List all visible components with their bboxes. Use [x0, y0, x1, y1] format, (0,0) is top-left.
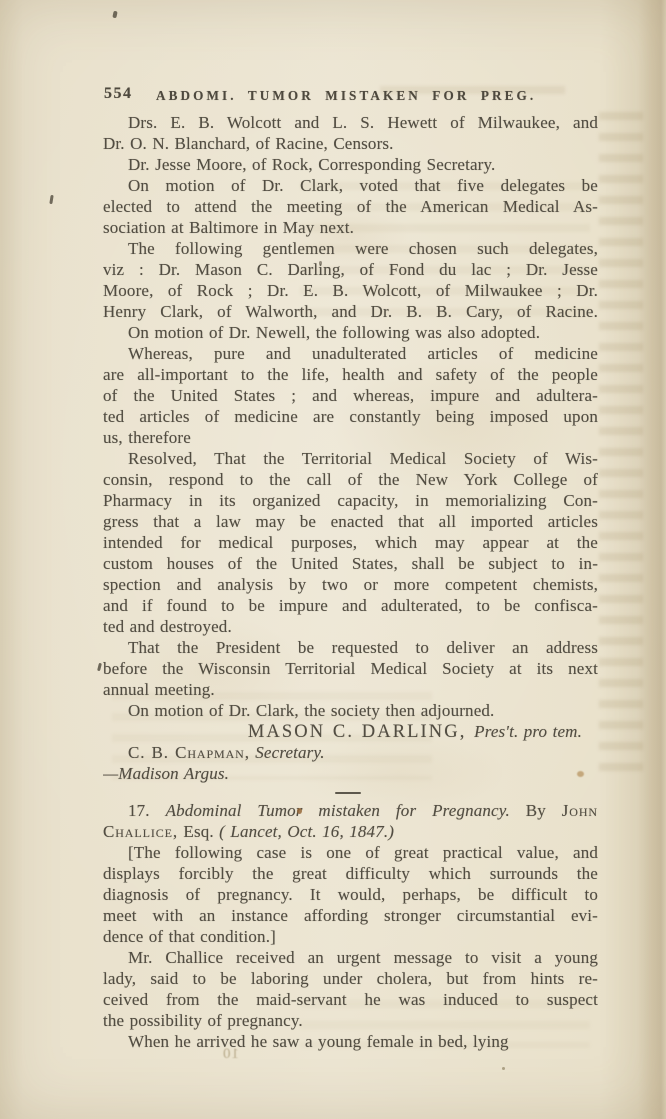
text-segment: viz : Dr. Mason C. Darling, of Fond du l… [103, 260, 598, 279]
text-segment: The following gentlemen were chosen such… [128, 239, 598, 258]
divider-rule [335, 792, 361, 794]
text-segment: sociation at Baltimore in May next. [103, 218, 354, 237]
text-segment: By [510, 801, 562, 820]
text-line: elected to attend the meeting of the Ame… [103, 196, 598, 217]
text-line: annual meeting. [103, 679, 598, 700]
text-line: intended for medical purposes, which may… [103, 532, 598, 553]
text-segment: 17. [128, 801, 166, 820]
text-segment: Drs. E. B. Wolcott and L. S. Hewett of M… [128, 113, 598, 132]
text-line: and if found to be impure and adulterate… [103, 595, 598, 616]
text-line: gress that a law may be enacted that all… [103, 511, 598, 532]
text-line: are all-important to the life, health an… [103, 364, 598, 385]
ink-speck [502, 1067, 505, 1070]
text-line: ceived from the maid-servant he was indu… [103, 989, 598, 1010]
text-segment: displays forcibly the great difficulty w… [103, 864, 598, 883]
smallcaps-text: John [562, 801, 598, 820]
bleed-through-right-margin [599, 112, 643, 772]
text-segment: Dr. O. N. Blanchard, of Racine, Censors. [103, 134, 394, 153]
caps-text: MASON C. DARLING, [248, 722, 474, 742]
text-segment: are all-important to the life, health an… [103, 365, 598, 384]
text-segment: spection and analysis by two or more com… [103, 575, 598, 594]
text-segment: lady, said to be laboring under cholera,… [103, 969, 598, 988]
running-header: 554 ABDOMI. TUMOR MISTAKEN FOR PREG. [0, 85, 666, 105]
text-segment: Esq. [178, 822, 219, 841]
text-segment: dence of that condition.] [103, 927, 276, 946]
text-line: On motion of Dr. Newell, the following w… [103, 322, 598, 343]
text-line: consin, respond to the call of the New Y… [103, 469, 598, 490]
italic-text: Abdominal Tumor mistaken for Pregnancy. [166, 801, 510, 820]
text-segment: annual meeting. [103, 680, 215, 699]
text-line: —Madison Argus. [103, 763, 598, 784]
text-line: before the Wisconsin Territorial Medical… [103, 658, 598, 679]
text-segment: Moore, of Rock ; Dr. E. B. Wolcott, of M… [103, 281, 598, 300]
bleed-through-page-mark: 10 [222, 1046, 239, 1063]
page-number: 554 [104, 85, 133, 103]
text-segment: consin, respond to the call of the New Y… [103, 470, 598, 489]
ink-speck [112, 11, 117, 19]
section-divider [103, 784, 598, 800]
italic-text: —Madison Argus. [103, 764, 229, 783]
text-segment: ted and destroyed. [103, 617, 232, 636]
text-line: custom houses of the United States, shal… [103, 553, 598, 574]
text-segment: Mr. Challice received an urgent message … [128, 948, 598, 967]
text-segment: That the President be requested to deliv… [128, 638, 598, 657]
stray-quote-mark [97, 663, 102, 671]
text-line: Resolved, That the Territorial Medical S… [103, 448, 598, 469]
smallcaps-text: C. B. Chapman, [128, 743, 250, 762]
text-line: Mr. Challice received an urgent message … [103, 947, 598, 968]
text-line: MASON C. DARLING, Pres't. pro tem. [103, 721, 598, 742]
text-line: the possibility of pregnancy. [103, 1010, 598, 1031]
text-line: On motion of Dr. Clark, voted that five … [103, 175, 598, 196]
text-line: diagnosis of pregnancy. It would, perhap… [103, 884, 598, 905]
text-segment: of the United States ; and whereas, impu… [103, 386, 598, 405]
text-line: viz : Dr. Mason C. Darling, of Fond du l… [103, 259, 598, 280]
smallcaps-text: Challice, [103, 822, 178, 841]
margin-ink-mark [49, 195, 53, 204]
text-line: meet with an instance affording stronger… [103, 905, 598, 926]
text-line: Dr. Jesse Moore, of Rock, Corresponding … [103, 154, 598, 175]
text-segment: elected to attend the meeting of the Ame… [103, 197, 598, 216]
running-head-title: ABDOMI. TUMOR MISTAKEN FOR PREG. [156, 88, 536, 104]
text-line: dence of that condition.] [103, 926, 598, 947]
text-segment: custom houses of the United States, shal… [103, 554, 598, 573]
text-line: Pharmacy in its organized capacity, in m… [103, 490, 598, 511]
text-segment: On motion of Dr. Clark, voted that five … [128, 176, 598, 195]
text-line: ted and destroyed. [103, 616, 598, 637]
text-segment: Dr. Jesse Moore, of Rock, Corresponding … [128, 155, 495, 174]
text-line: spection and analysis by two or more com… [103, 574, 598, 595]
text-segment: ted articles of medicine are constantly … [103, 407, 598, 426]
text-segment: intended for medical purposes, which may… [103, 533, 598, 552]
text-line: [The following case is one of great prac… [103, 842, 598, 863]
text-segment: diagnosis of pregnancy. It would, perhap… [103, 885, 598, 904]
text-line: That the President be requested to deliv… [103, 637, 598, 658]
text-line: Drs. E. B. Wolcott and L. S. Hewett of M… [103, 112, 598, 133]
text-line: Whereas, pure and unadulterated articles… [103, 343, 598, 364]
text-line: of the United States ; and whereas, impu… [103, 385, 598, 406]
text-line: On motion of Dr. Clark, the society then… [103, 700, 598, 721]
text-line: C. B. Chapman, Secretary. [103, 742, 598, 763]
text-line: When he arrived he saw a young female in… [103, 1031, 598, 1052]
text-line: displays forcibly the great difficulty w… [103, 863, 598, 884]
text-segment: On motion of Dr. Newell, the following w… [128, 323, 540, 342]
text-segment: Henry Clark, of Walworth, and Dr. B. B. … [103, 302, 598, 321]
text-segment: the possibility of pregnancy. [103, 1011, 303, 1030]
text-segment: ceived from the maid-servant he was indu… [103, 990, 598, 1009]
text-segment: Pharmacy in its organized capacity, in m… [103, 491, 598, 510]
text-line: Dr. O. N. Blanchard, of Racine, Censors. [103, 133, 598, 154]
text-line: Henry Clark, of Walworth, and Dr. B. B. … [103, 301, 598, 322]
text-line: Challice, Esq. ( Lancet, Oct. 16, 1847.) [103, 821, 598, 842]
text-segment: and if found to be impure and adulterate… [103, 596, 598, 615]
text-segment: gress that a law may be enacted that all… [103, 512, 598, 531]
scanned-page: 554 ABDOMI. TUMOR MISTAKEN FOR PREG. Drs… [0, 0, 666, 1119]
text-segment: When he arrived he saw a young female in… [128, 1032, 509, 1051]
text-segment: us, therefore [103, 428, 191, 447]
italic-text: Secretary. [255, 743, 324, 762]
text-segment: meet with an instance affording stronger… [103, 906, 598, 925]
text-segment: On motion of Dr. Clark, the society then… [128, 701, 494, 720]
text-line: lady, said to be laboring under cholera,… [103, 968, 598, 989]
italic-text: Pres't. pro tem. [474, 722, 582, 741]
page-body: Drs. E. B. Wolcott and L. S. Hewett of M… [103, 112, 598, 1052]
text-line: us, therefore [103, 427, 598, 448]
text-line: Moore, of Rock ; Dr. E. B. Wolcott, of M… [103, 280, 598, 301]
text-line: The following gentlemen were chosen such… [103, 238, 598, 259]
text-segment: Whereas, pure and unadulterated articles… [128, 344, 598, 363]
text-line: ted articles of medicine are constantly … [103, 406, 598, 427]
text-segment: before the Wisconsin Territorial Medical… [103, 659, 598, 678]
italic-text: ( Lancet, Oct. 16, 1847.) [219, 822, 394, 841]
text-line: 17. Abdominal Tumor mistaken for Pregnan… [103, 800, 598, 821]
text-segment: [The following case is one of great prac… [128, 843, 598, 862]
text-segment: Resolved, That the Territorial Medical S… [128, 449, 598, 468]
text-line: sociation at Baltimore in May next. [103, 217, 598, 238]
